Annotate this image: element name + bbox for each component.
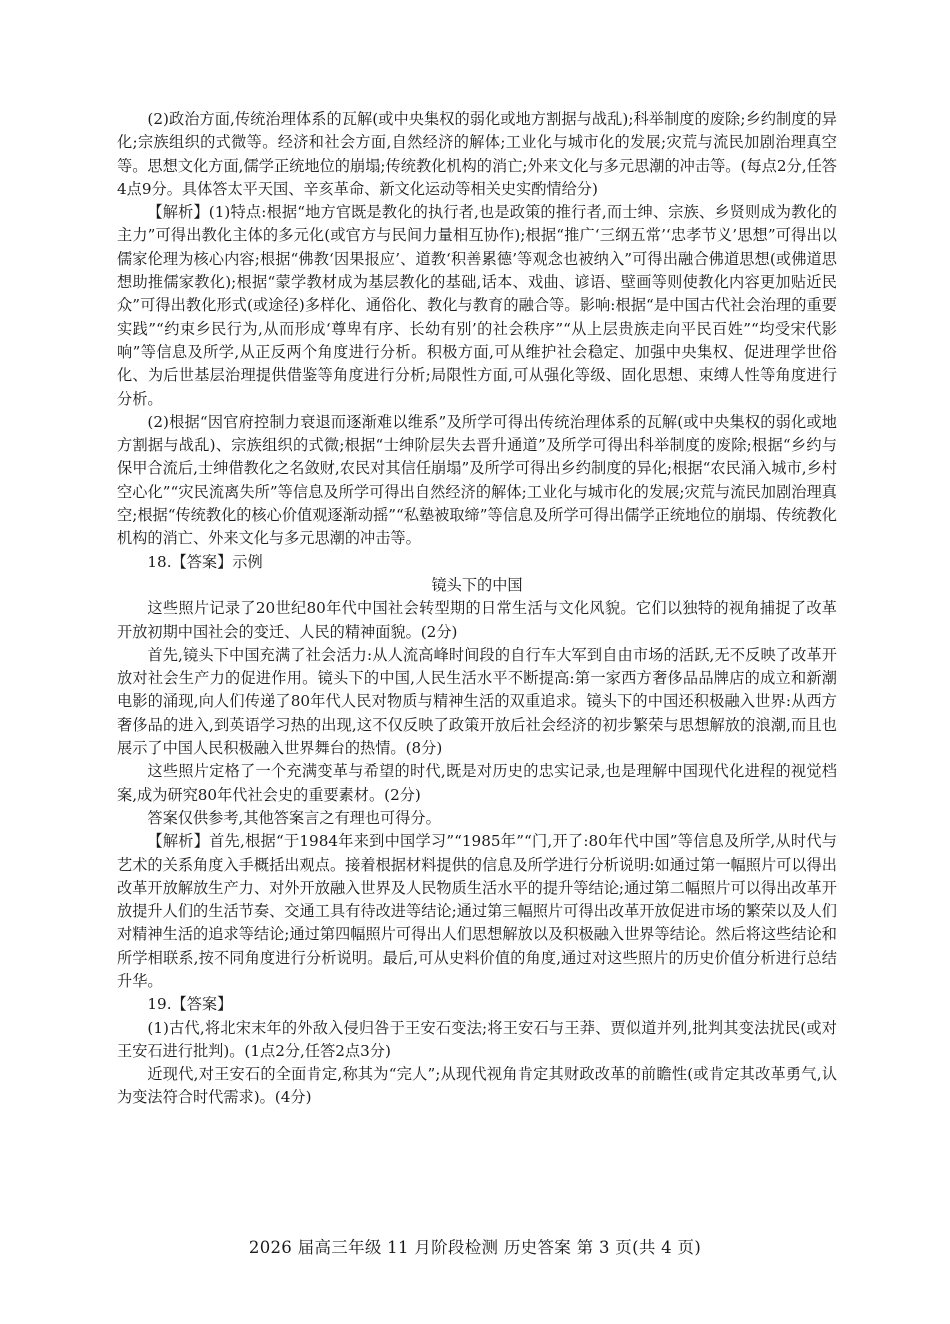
q18-heading: 18.【答案】示例 (117, 551, 837, 574)
answer-page: (2)政治方面,传统治理体系的瓦解(或中央集权的弱化或地方割据与战乱);科举制度… (117, 108, 837, 1110)
q18-analysis: 【解析】首先,根据“于1984年来到中国学习”“1985年”“门,开了:80年代… (117, 830, 837, 993)
q19-part1-ancient: (1)古代,将北宋末年的外敌入侵归咎于王安石变法;将王安石与王莽、贾似道并列,批… (117, 1017, 837, 1064)
page-footer: 2026 届高三年级 11 月阶段检测 历史答案 第 3 页(共 4 页) (0, 1234, 950, 1258)
q18-note: 答案仅供参考,其他答案言之有理也可得分。 (117, 807, 837, 830)
q17-analysis-part1: 【解析】(1)特点:根据“地方官既是教化的执行者,也是政策的推行者,而士绅、宗族… (117, 201, 837, 411)
q19-heading: 19.【答案】 (117, 993, 837, 1016)
q17-analysis-part2: (2)根据“因官府控制力衰退而逐渐难以维系”及所学可得出传统治理体系的瓦解(或中… (117, 411, 837, 551)
q19-part1-modern: 近现代,对王安石的全面肯定,称其为“完人”;从现代视角肯定其财政改革的前瞻性(或… (117, 1063, 837, 1110)
q18-paragraph: 首先,镜头下中国充满了社会活力:从人流高峰时间段的自行车大军到自由市场的活跃,无… (117, 644, 837, 760)
q18-paragraph: 这些照片定格了一个充满变革与希望的时代,既是对历史的忠实记录,也是理解中国现代化… (117, 760, 837, 807)
q17-answer-part2: (2)政治方面,传统治理体系的瓦解(或中央集权的弱化或地方割据与战乱);科举制度… (117, 108, 837, 201)
q18-essay-title: 镜头下的中国 (117, 574, 837, 597)
q18-paragraph: 这些照片记录了20世纪80年代中国社会转型期的日常生活与文化风貌。它们以独特的视… (117, 597, 837, 644)
